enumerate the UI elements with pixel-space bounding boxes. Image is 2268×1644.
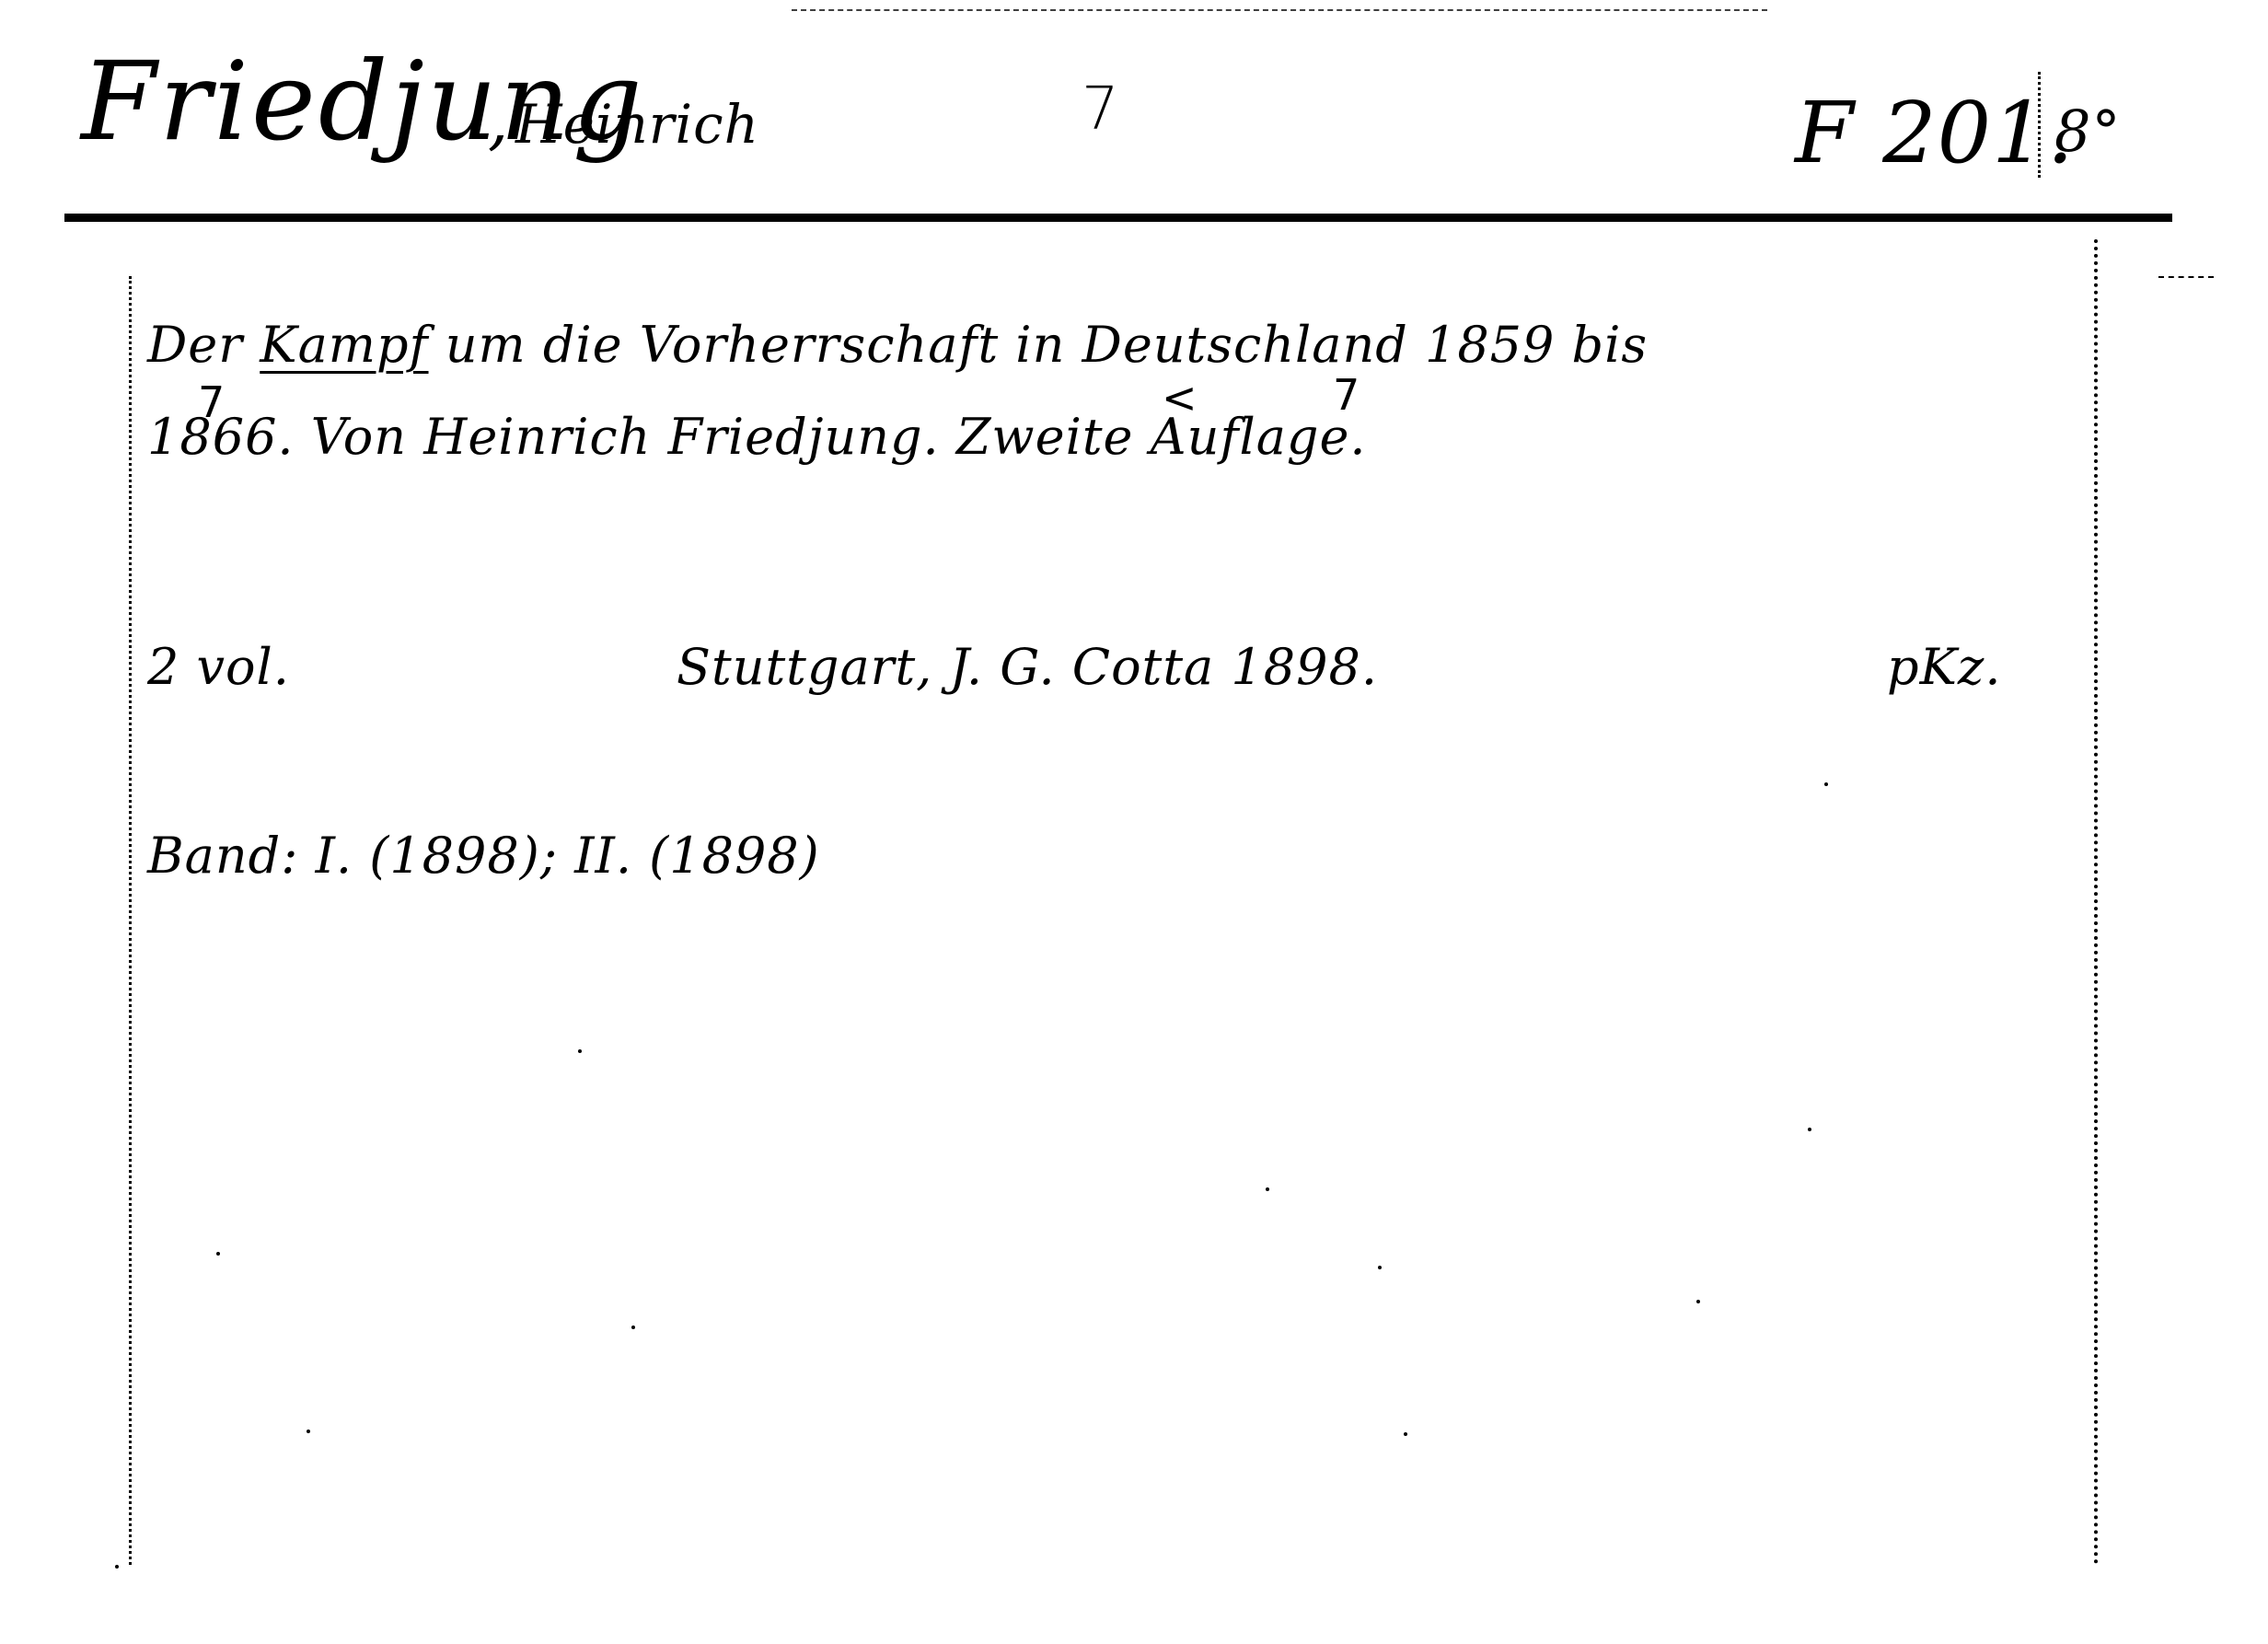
title-line-1: Der Kampf um die Vorherrschaft in Deutsc… [147, 313, 1648, 377]
heading-correction-mark: 7 [1082, 75, 1119, 144]
holdings-line: Band: I. (1898); II. (1898) [147, 824, 820, 888]
call-number-divider [2038, 72, 2041, 178]
scan-speck [1696, 1300, 1700, 1303]
scan-speck [1266, 1187, 1269, 1191]
holdings-label: Band: [147, 827, 298, 885]
heading-rule [64, 214, 2172, 222]
scan-speck [115, 1565, 119, 1569]
call-number: F 201. [1795, 83, 2075, 184]
margin-dash [2158, 276, 2214, 278]
editing-mark-1: 7 [198, 377, 225, 427]
right-margin-line [2094, 239, 2098, 1565]
editing-mark-3: 7 [1333, 370, 1360, 420]
scan-speck [307, 1430, 310, 1433]
volume-count: 2 vol. [147, 635, 290, 700]
scan-speck [631, 1326, 635, 1329]
title-rest: um die Vorherrschaft in Deutschland 1859… [429, 316, 1649, 374]
scan-speck [578, 1049, 582, 1053]
scan-speck [1378, 1266, 1382, 1269]
left-margin-line [129, 276, 132, 1565]
editing-mark-2: < [1162, 373, 1198, 423]
catalog-card: Friedjung , Heinrich 7 F 201. 8° Der Kam… [0, 0, 2268, 1644]
imprint: Stuttgart, J. G. Cotta 1898. [677, 635, 1378, 700]
scan-speck [1824, 782, 1828, 786]
scan-speck [1404, 1432, 1407, 1436]
holdings-entries: I. (1898); II. (1898) [316, 827, 820, 885]
top-edge-dashes [792, 9, 1767, 13]
scan-speck [216, 1252, 220, 1256]
author-given-name: Heinrich [515, 92, 759, 156]
title-keyword: Kampf [260, 316, 428, 374]
provenance-mark: pKz. [1887, 635, 2002, 700]
scan-speck [1808, 1128, 1811, 1131]
title-prefix: Der [147, 316, 260, 374]
book-format: 8° [2054, 99, 2121, 164]
heading-separator: , [488, 83, 509, 158]
